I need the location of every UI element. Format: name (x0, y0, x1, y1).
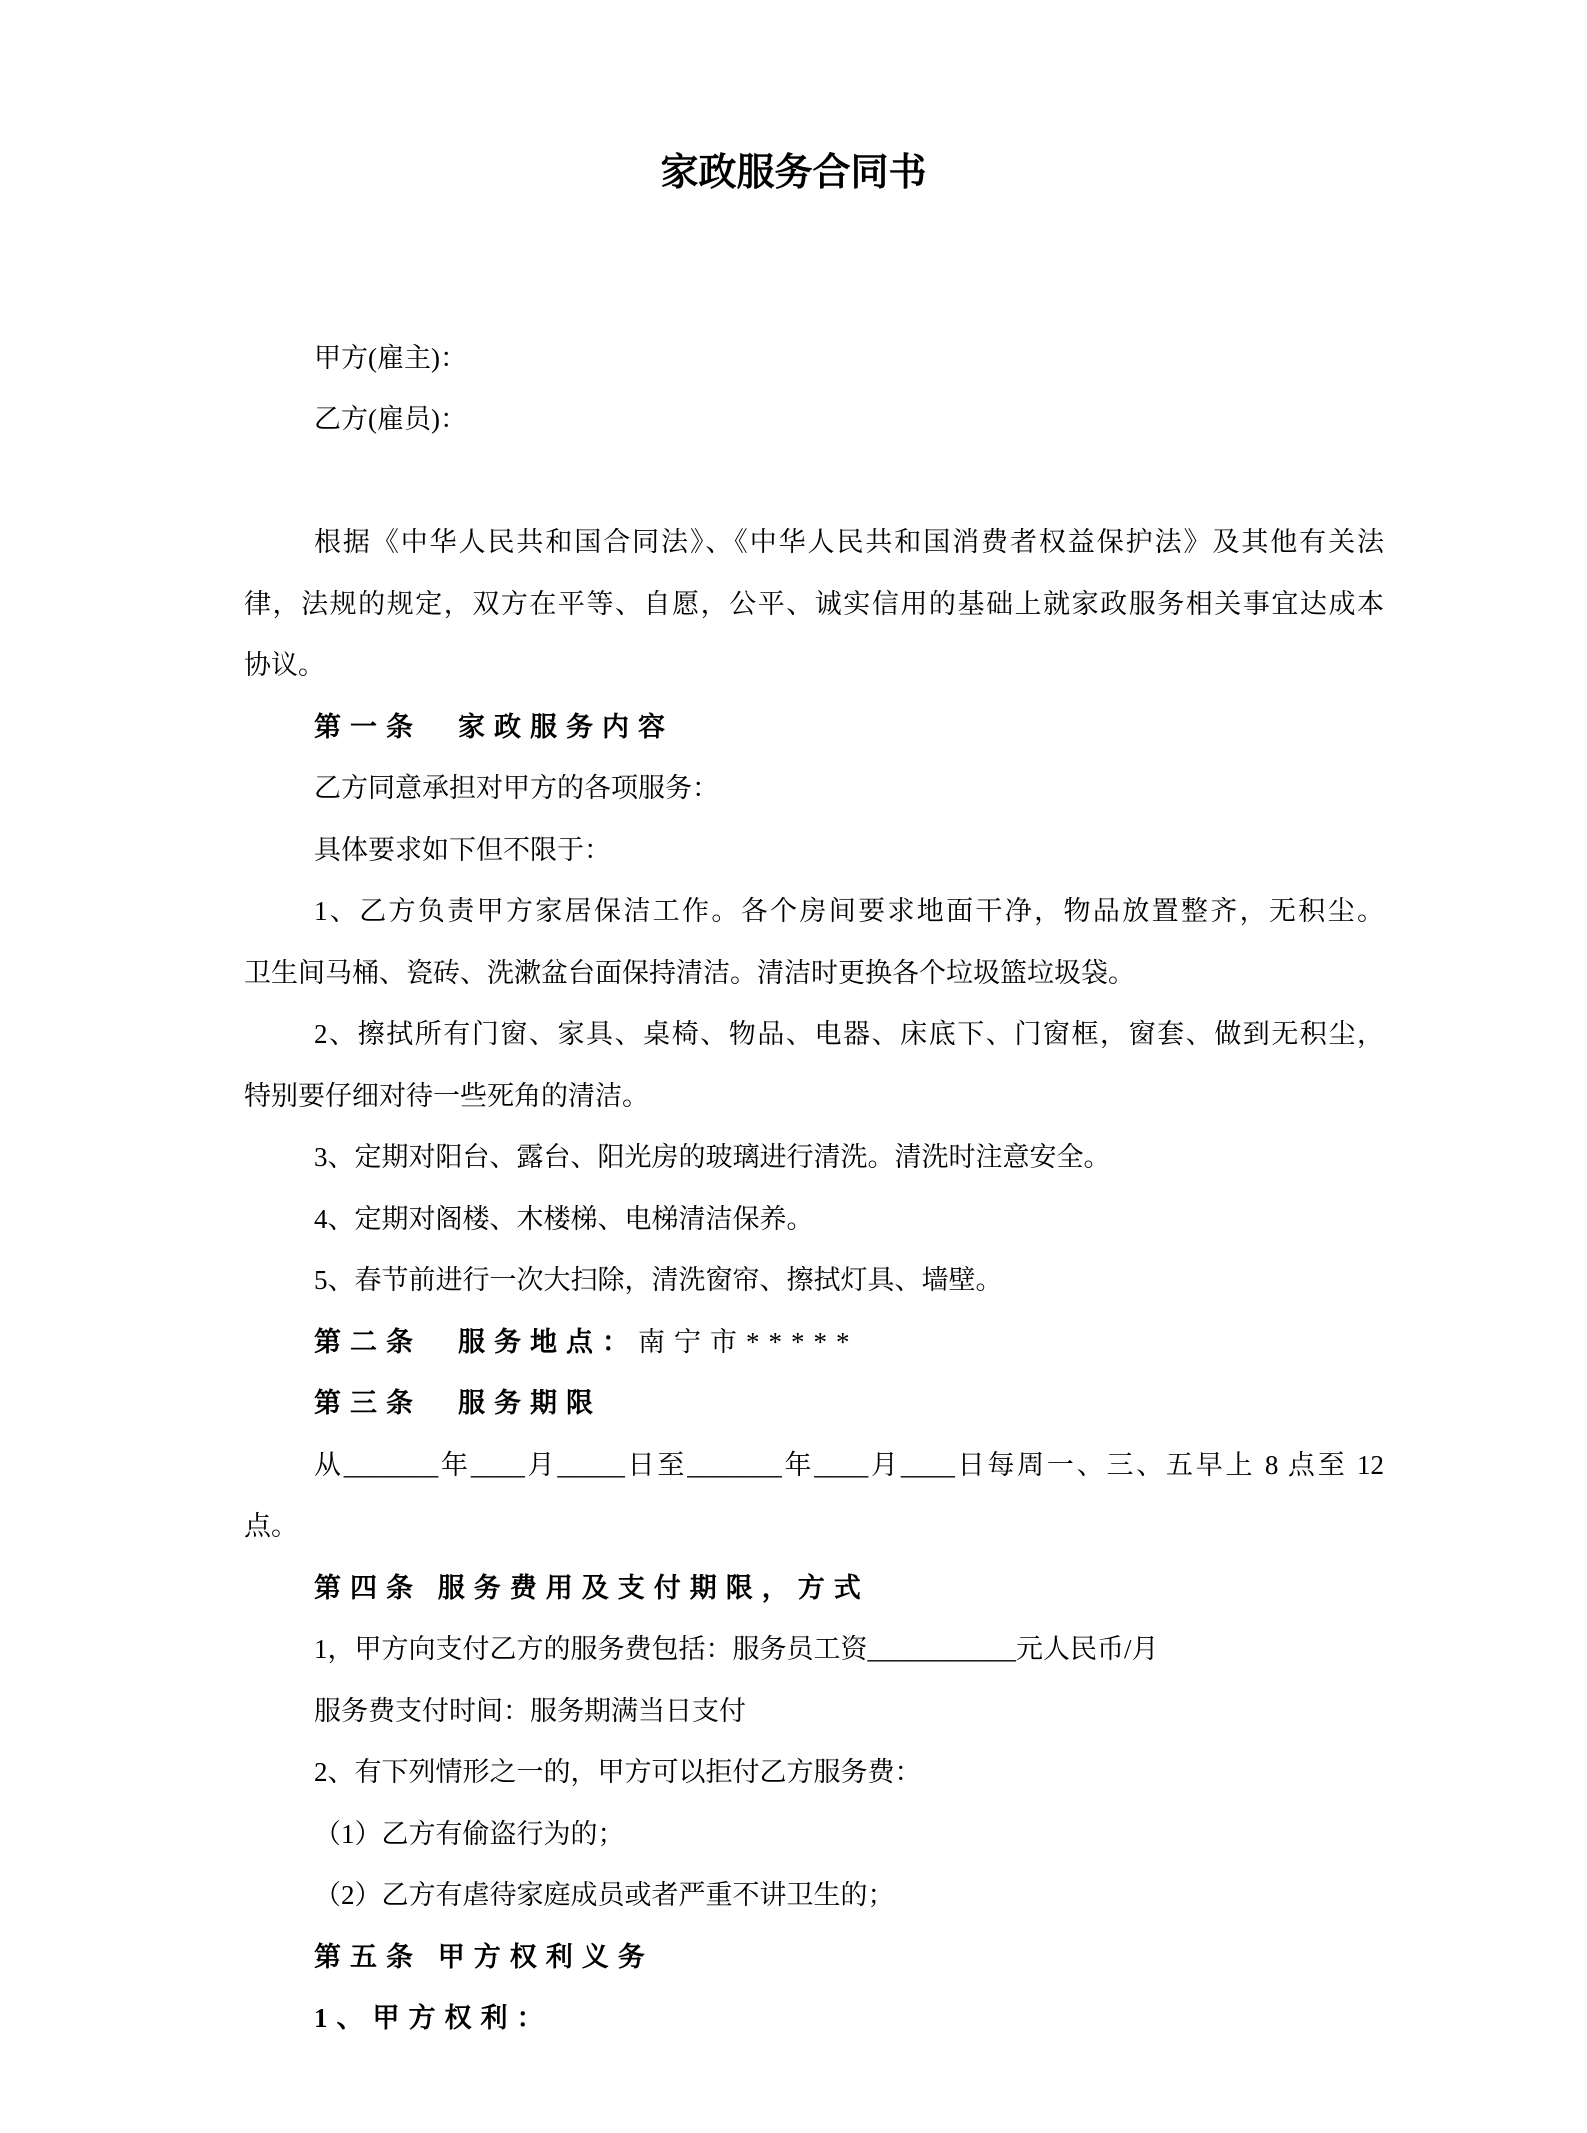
text-line: （2）乙方有虐待家庭成员或者严重不讲卫生的； (244, 1865, 1384, 1927)
text-line: 乙方(雇员)： (244, 389, 1384, 451)
document-body: 甲方(雇主)：乙方(雇员)：根据《中华人民共和国合同法》、《中华人民共和国消费者… (244, 266, 1384, 2050)
blank-line (244, 266, 1384, 328)
text-run: 特别要仔细对待一些死角的清洁。 (244, 1081, 649, 1111)
blank-line (244, 451, 1384, 513)
text-run: 1，甲方向支付乙方的服务费包括：服务员工资___________元人民币/月 (314, 1634, 1159, 1664)
text-run: 2、有下列情形之一的，甲方可以拒付乙方服务费： (314, 1757, 922, 1787)
text-line: 卫生间马桶、瓷砖、洗漱盆台面保持清洁。清洁时更换各个垃圾篮垃圾袋。 (244, 943, 1384, 1005)
text-run: 协议。 (244, 650, 325, 680)
text-line: 4、定期对阁楼、木楼梯、电梯清洁保养。 (244, 1189, 1384, 1251)
text-line: 协议。 (244, 635, 1384, 697)
bold-text-run: 第三条 服务期限 (314, 1388, 602, 1418)
text-run: 律，法规的规定，双方在平等、自愿，公平、诚实信用的基础上就家政服务相关事宜达成本 (244, 589, 1384, 619)
text-run: 卫生间马桶、瓷砖、洗漱盆台面保持清洁。清洁时更换各个垃圾篮垃圾袋。 (244, 958, 1135, 988)
text-run: 甲方(雇主)： (314, 343, 467, 373)
text-run: 点。 (244, 1511, 298, 1541)
text-line: 第五条 甲方权利义务 (244, 1927, 1384, 1989)
text-run: 根据《中华人民共和国合同法》、《中华人民共和国消费者权益保护法》及其他有关法 (314, 527, 1384, 557)
bold-text-run: 第二条 服务地点： (314, 1327, 638, 1357)
text-run: （1）乙方有偷盗行为的； (314, 1819, 625, 1849)
text-line: 3、定期对阳台、露台、阳光房的玻璃进行清洗。清洗时注意安全。 (244, 1127, 1384, 1189)
text-run: 从_______年____月_____日至_______年____月____日每… (314, 1450, 1384, 1480)
text-line: 从_______年____月_____日至_______年____月____日每… (244, 1435, 1384, 1497)
text-line: 特别要仔细对待一些死角的清洁。 (244, 1066, 1384, 1128)
title-spacer (0, 204, 1587, 266)
text-line: 甲方(雇主)： (244, 328, 1384, 390)
text-run: 服务费支付时间：服务期满当日支付 (314, 1696, 746, 1726)
text-line: 服务费支付时间：服务期满当日支付 (244, 1681, 1384, 1743)
text-line: 1、甲方权利： (244, 1988, 1384, 2050)
text-line: 点。 (244, 1496, 1384, 1558)
document-title: 家政服务合同书 (0, 142, 1587, 204)
text-line: 1、乙方负责甲方家居保洁工作。各个房间要求地面干净，物品放置整齐，无积尘。 (244, 881, 1384, 943)
bold-text-run: 1、甲方权利： (314, 2003, 553, 2033)
contract-page: 家政服务合同书 甲方(雇主)：乙方(雇员)：根据《中华人民共和国合同法》、《中华… (0, 0, 1587, 2133)
text-run: 乙方同意承担对甲方的各项服务： (314, 773, 719, 803)
text-run: 1、乙方负责甲方家居保洁工作。各个房间要求地面干净，物品放置整齐，无积尘。 (314, 896, 1384, 926)
text-line: 第四条 服务费用及支付期限，方式 (244, 1558, 1384, 1620)
text-line: 第三条 服务期限 (244, 1373, 1384, 1435)
text-line: 1，甲方向支付乙方的服务费包括：服务员工资___________元人民币/月 (244, 1619, 1384, 1681)
text-run: （2）乙方有虐待家庭成员或者严重不讲卫生的； (314, 1880, 895, 1910)
bold-text-run: 第五条 甲方权利义务 (314, 1942, 654, 1972)
text-line: 具体要求如下但不限于： (244, 820, 1384, 882)
bold-text-run: 第一条 家政服务内容 (314, 712, 674, 742)
text-run: 2、擦拭所有门窗、家具、桌椅、物品、电器、床底下、门窗框，窗套、做到无积尘， (314, 1019, 1384, 1049)
text-line: 乙方同意承担对甲方的各项服务： (244, 758, 1384, 820)
bold-text-run: 第四条 服务费用及支付期限，方式 (314, 1573, 870, 1603)
text-line: 第一条 家政服务内容 (244, 697, 1384, 759)
text-line: 2、有下列情形之一的，甲方可以拒付乙方服务费： (244, 1742, 1384, 1804)
text-line: 2、擦拭所有门窗、家具、桌椅、物品、电器、床底下、门窗框，窗套、做到无积尘， (244, 1004, 1384, 1066)
text-line: 5、春节前进行一次大扫除，清洗窗帘、擦拭灯具、墙壁。 (244, 1250, 1384, 1312)
text-run: 南宁市***** (638, 1327, 859, 1357)
text-run: 具体要求如下但不限于： (314, 835, 611, 865)
text-line: 根据《中华人民共和国合同法》、《中华人民共和国消费者权益保护法》及其他有关法 (244, 512, 1384, 574)
text-line: 第二条 服务地点：南宁市***** (244, 1312, 1384, 1374)
text-run: 乙方(雇员)： (314, 404, 467, 434)
text-run: 5、春节前进行一次大扫除，清洗窗帘、擦拭灯具、墙壁。 (314, 1265, 1003, 1295)
text-run: 4、定期对阁楼、木楼梯、电梯清洁保养。 (314, 1204, 814, 1234)
text-run: 3、定期对阳台、露台、阳光房的玻璃进行清洗。清洗时注意安全。 (314, 1142, 1111, 1172)
text-line: （1）乙方有偷盗行为的； (244, 1804, 1384, 1866)
text-line: 律，法规的规定，双方在平等、自愿，公平、诚实信用的基础上就家政服务相关事宜达成本 (244, 574, 1384, 636)
